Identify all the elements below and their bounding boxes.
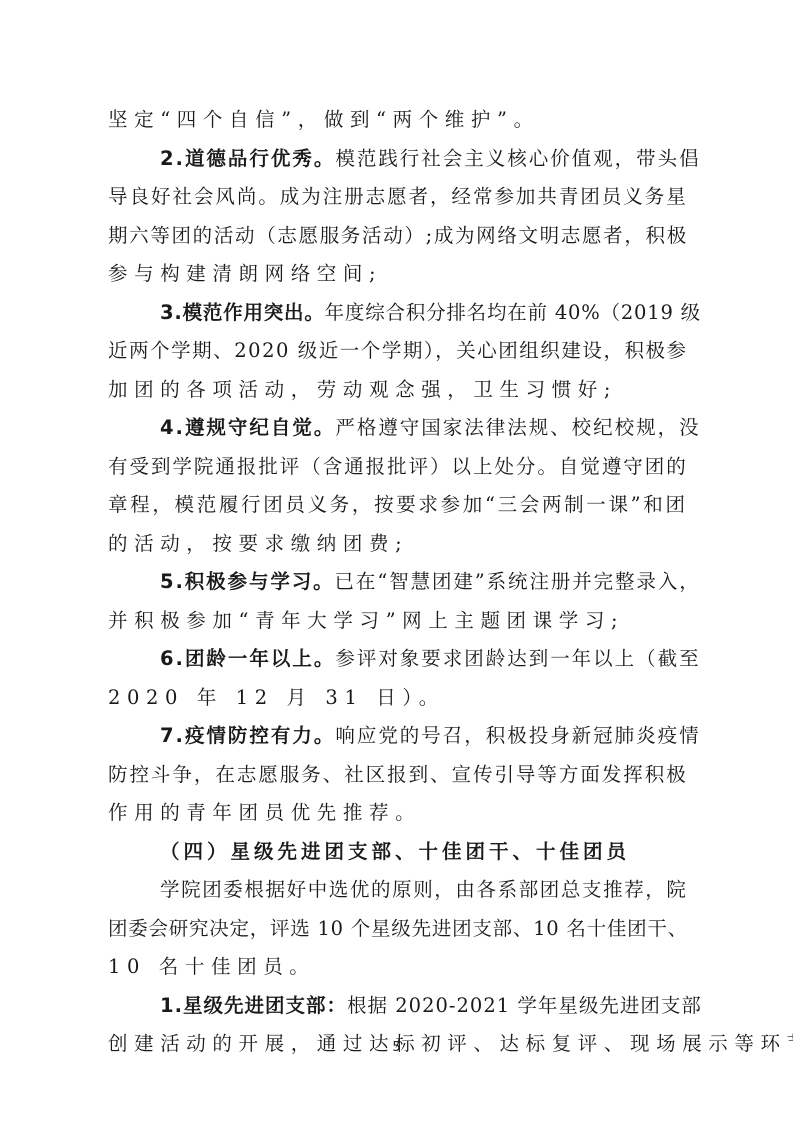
body-text: 有受到学院通报批评（含通报批评）以上处分。自觉遵守团的 (108, 455, 688, 478)
heading-text: （四）星级先进团支部、十佳团干、十佳团员 (160, 840, 630, 863)
text-line: 期六等团的活动（志愿服务活动）;成为网络文明志愿者，积极 (108, 217, 688, 256)
body-text: 并积极参加“青年大学习”网上主题团课学习; (108, 609, 624, 632)
text-line: 作用的青年团员优先推荐。 (108, 794, 688, 833)
item-title: 1.星级先进团支部： (160, 994, 347, 1017)
text-line: 2020 年 12 月 31 日）。 (108, 679, 688, 718)
text-line: 近两个学期、2020 级近一个学期），关心团组织建设，积极参 (108, 332, 688, 371)
body-text: 作用的青年团员优先推荐。 (108, 801, 421, 824)
body-text: 2020 年 12 月 31 日）。 (108, 686, 445, 709)
text-line: 4.遵规守纪自觉。严格遵守国家法律法规、校纪校规，没 (108, 409, 688, 448)
text-line: 团委会研究决定，评选 10 个星级先进团支部、10 名十佳团干、 (108, 910, 688, 949)
text-line: 学院团委根据好中选优的原则，由各系部团总支推荐，院 (108, 871, 688, 910)
text-line: 6.团龄一年以上。参评对象要求团龄达到一年以上（截至 (108, 640, 688, 679)
body-text: 年度综合积分排名均在前 40%（2019 级 (325, 301, 701, 324)
body-text: 已在“智慧团建”系统注册并完整录入， (335, 570, 701, 593)
text-line: 有受到学院通报批评（含通报批评）以上处分。自觉遵守团的 (108, 448, 688, 487)
item-title: 5.积极参与学习。 (160, 570, 335, 593)
text-line: 的活动，按要求缴纳团费; (108, 525, 688, 564)
text-line: 加团的各项活动，劳动观念强，卫生习惯好; (108, 371, 688, 410)
section-heading: （四）星级先进团支部、十佳团干、十佳团员 (108, 833, 688, 872)
text-line: 导良好社会风尚。成为注册志愿者，经常参加共青团员义务星 (108, 178, 688, 217)
text-line: 防控斗争，在志愿服务、社区报到、宣传引导等方面发挥积极 (108, 756, 688, 795)
body-text: 期六等团的活动（志愿服务活动）;成为网络文明志愿者，积极 (108, 224, 688, 247)
text-line: 5.积极参与学习。已在“智慧团建”系统注册并完整录入， (108, 563, 688, 602)
body-text: 参与构建清朗网络空间; (108, 262, 382, 285)
body-text: 加团的各项活动，劳动观念强，卫生习惯好; (108, 378, 617, 401)
text-line: 并积极参加“青年大学习”网上主题团课学习; (108, 602, 688, 641)
body-text: 防控斗争，在志愿服务、社区报到、宣传引导等方面发挥积极 (108, 763, 688, 786)
text-line: 参与构建清朗网络空间; (108, 255, 688, 294)
body-text: 导良好社会风尚。成为注册志愿者，经常参加共青团员义务星 (108, 185, 688, 208)
item-title: 6.团龄一年以上。 (160, 647, 335, 670)
text-line: 3.模范作用突出。年度综合积分排名均在前 40%（2019 级 (108, 294, 688, 333)
body-text: 响应党的号召，积极投身新冠肺炎疫情 (335, 724, 700, 747)
body-text: 10 名十佳团员。 (108, 955, 315, 978)
body-text: 章程，模范履行团员义务，按要求参加“三会两制一课”和团 (108, 493, 688, 516)
item-title: 2.道德品行优秀。 (160, 147, 335, 170)
document-page: 坚定“四个自信”，做到“两个维护”。2.道德品行优秀。模范践行社会主义核心价值观… (108, 101, 688, 1064)
body-text: 模范践行社会主义核心价值观，带头倡 (335, 147, 700, 170)
body-text: 参评对象要求团龄达到一年以上（截至 (335, 647, 700, 670)
item-title: 7.疫情防控有力。 (160, 724, 335, 747)
text-line: 7.疫情防控有力。响应党的号召，积极投身新冠肺炎疫情 (108, 717, 688, 756)
body-text: 根据 2020-2021 学年星级先进团支部 (347, 994, 702, 1017)
text-line: 2.道德品行优秀。模范践行社会主义核心价值观，带头倡 (108, 140, 688, 179)
body-text: 团委会研究决定，评选 10 个星级先进团支部、10 名十佳团干、 (108, 917, 688, 940)
text-line: 章程，模范履行团员义务，按要求参加“三会两制一课”和团 (108, 486, 688, 525)
body-text: 严格遵守国家法律法规、校纪校规，没 (335, 416, 700, 439)
page-number: 5 (0, 1040, 793, 1055)
body-text: 学院团委根据好中选优的原则，由各系部团总支推荐，院 (160, 878, 688, 901)
text-line: 1.星级先进团支部：根据 2020-2021 学年星级先进团支部 (108, 987, 688, 1026)
body-text: 的活动，按要求缴纳团费; (108, 532, 408, 555)
item-title: 3.模范作用突出。 (160, 301, 325, 324)
item-title: 4.遵规守纪自觉。 (160, 416, 335, 439)
body-text: 近两个学期、2020 级近一个学期），关心团组织建设，积极参 (108, 339, 688, 362)
text-line: 坚定“四个自信”，做到“两个维护”。 (108, 101, 688, 140)
text-line: 10 名十佳团员。 (108, 948, 688, 987)
body-text: 坚定“四个自信”，做到“两个维护”。 (108, 108, 540, 131)
